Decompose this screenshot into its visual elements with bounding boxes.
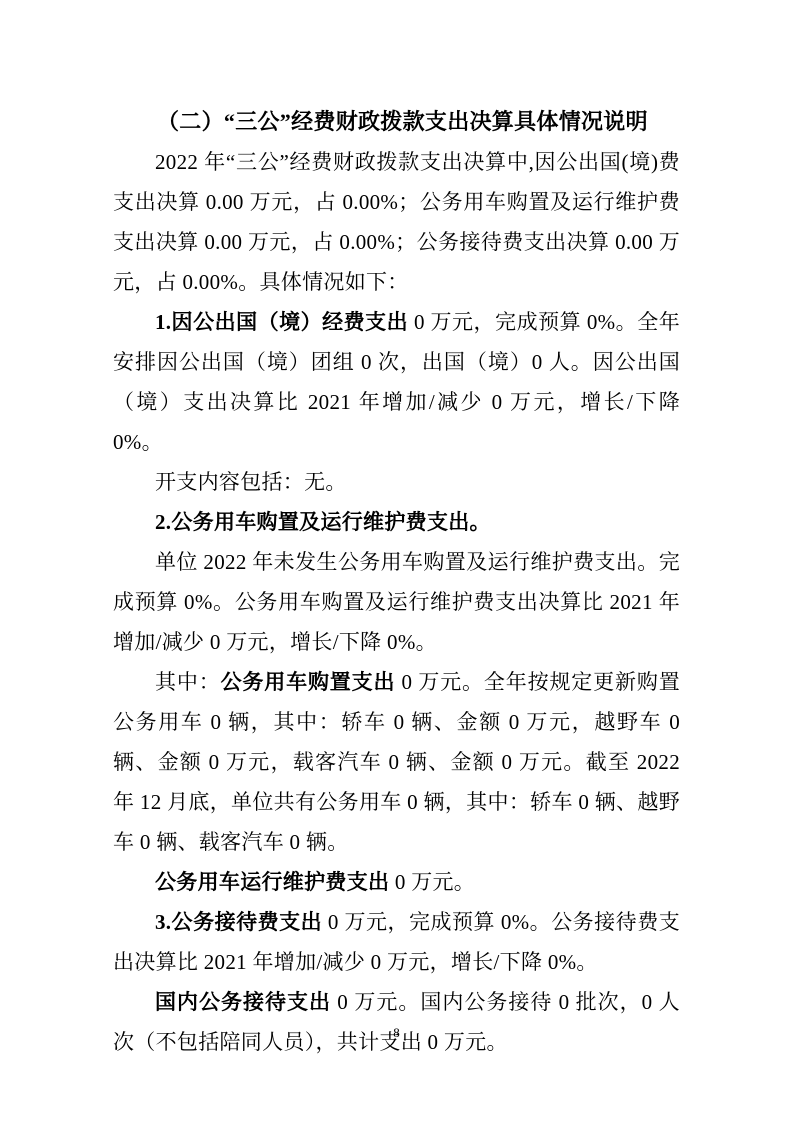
text-segment: 单位 2022 年未发生公务用车购置及运行维护费支出。完成预算 0%。公务用车购… [113,550,680,654]
text-segment: 其中： [155,670,221,694]
text-segment: 0 万元。 [389,870,475,894]
paragraph-item-2-vehicle-expense: 2.公务用车购置及运行维护费支出。 [113,502,680,542]
text-segment: 开支内容包括：无。 [155,470,347,494]
text-segment: 2022 年“三公”经费财政拨款支出决算中,因公出国(境)费支出决算 0.00 … [113,150,680,294]
text-segment: 0 万元。全年按规定更新购置公务用车 0 辆，其中：轿车 0 辆、金额 0 万元… [113,670,680,854]
bold-text-segment: 2.公务用车购置及运行维护费支出。 [155,510,491,534]
heading-text-segment: （二）“三公”经费财政拨款支出决算具体情况说明 [157,109,648,134]
bold-text-segment: 国内公务接待支出 [155,990,331,1014]
bold-text-segment: 3.公务接待费支出 [155,910,322,934]
paragraph-intro: 2022 年“三公”经费财政拨款支出决算中,因公出国(境)费支出决算 0.00 … [113,142,680,302]
paragraph-vehicle-maintenance: 公务用车运行维护费支出 0 万元。 [113,862,680,902]
section-heading: （二）“三公”经费财政拨款支出决算具体情况说明 [113,102,680,142]
document-page: （二）“三公”经费财政拨款支出决算具体情况说明 2022 年“三公”经费财政拨款… [0,0,793,1122]
document-body: （二）“三公”经费财政拨款支出决算具体情况说明 2022 年“三公”经费财政拨款… [113,102,680,1062]
bold-text-segment: 1.因公出国（境）经费支出 [155,310,408,334]
paragraph-vehicle-summary: 单位 2022 年未发生公务用车购置及运行维护费支出。完成预算 0%。公务用车购… [113,542,680,662]
paragraph-expense-content: 开支内容包括：无。 [113,462,680,502]
page-number: 8 [0,1023,793,1043]
paragraph-domestic-reception: 国内公务接待支出 0 万元。国内公务接待 0 批次，0 人次（不包括陪同人员），… [113,982,680,1062]
bold-text-segment: 公务用车运行维护费支出 [155,870,389,894]
bold-text-segment: 公务用车购置支出 [221,670,396,694]
paragraph-item-3-reception-expense: 3.公务接待费支出 0 万元，完成预算 0%。公务接待费支出决算比 2021 年… [113,902,680,982]
paragraph-item-1-abroad-expense: 1.因公出国（境）经费支出 0 万元，完成预算 0%。全年安排因公出国（境）团组… [113,302,680,462]
paragraph-vehicle-purchase-detail: 其中：公务用车购置支出 0 万元。全年按规定更新购置公务用车 0 辆，其中：轿车… [113,662,680,862]
